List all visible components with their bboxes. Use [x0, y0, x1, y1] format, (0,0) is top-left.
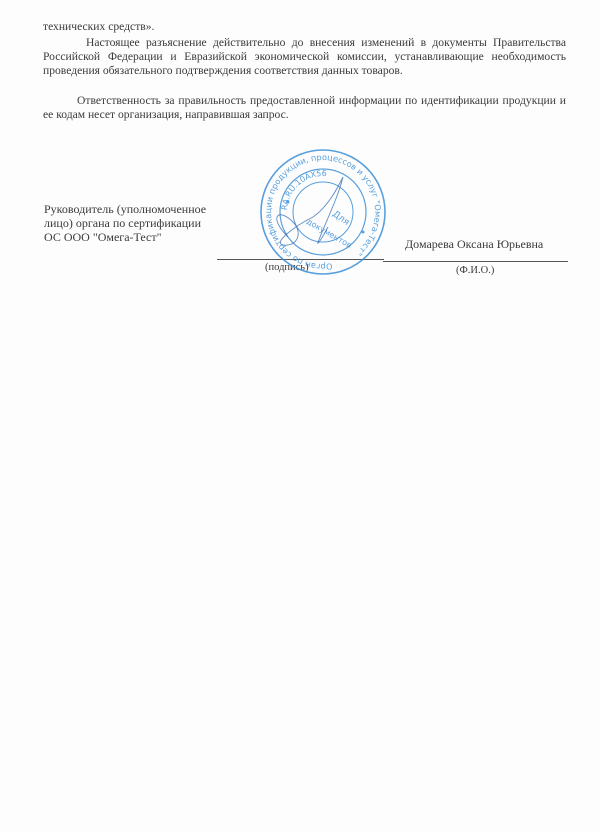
signatory-name: Домарева Оксана Юрьевна: [405, 237, 543, 252]
document-page: технических средств». Настоящее разъясне…: [0, 0, 600, 831]
paragraph2-line1: Настоящее разъяснение действительно до в…: [43, 36, 566, 50]
signatory-title-line1: Руководитель (уполномоченное: [44, 202, 206, 216]
name-caption: (Ф.И.О.): [456, 265, 494, 277]
stamp-center-line1: Для: [330, 209, 351, 228]
name-line: [383, 261, 568, 262]
paragraph-tail: технических средств».: [43, 20, 154, 34]
official-stamp-icon: Орган по сертификации продукции, процесс…: [258, 147, 388, 277]
svg-text:Орган по сертификации продукци: Орган по сертификации продукции, процесс…: [258, 147, 388, 277]
stamp-outer-text: Орган по сертификации продукции, процесс…: [258, 147, 388, 277]
paragraph3-line1: Ответственность за правильность предоста…: [43, 94, 566, 108]
paragraph2-line2: Российской Федерации и Евразийской эконо…: [43, 50, 566, 64]
paragraph2-line3: проведения обязательного подтверждения с…: [43, 64, 403, 78]
signatory-title-line3: ОС ООО "Омега-Тест": [44, 230, 206, 244]
paragraph3-line2: ее кодам несет организация, направившая …: [43, 108, 289, 122]
signatory-title: Руководитель (уполномоченное лицо) орган…: [44, 202, 206, 244]
signatory-title-line2: лицо) органа по сертификации: [44, 216, 206, 230]
